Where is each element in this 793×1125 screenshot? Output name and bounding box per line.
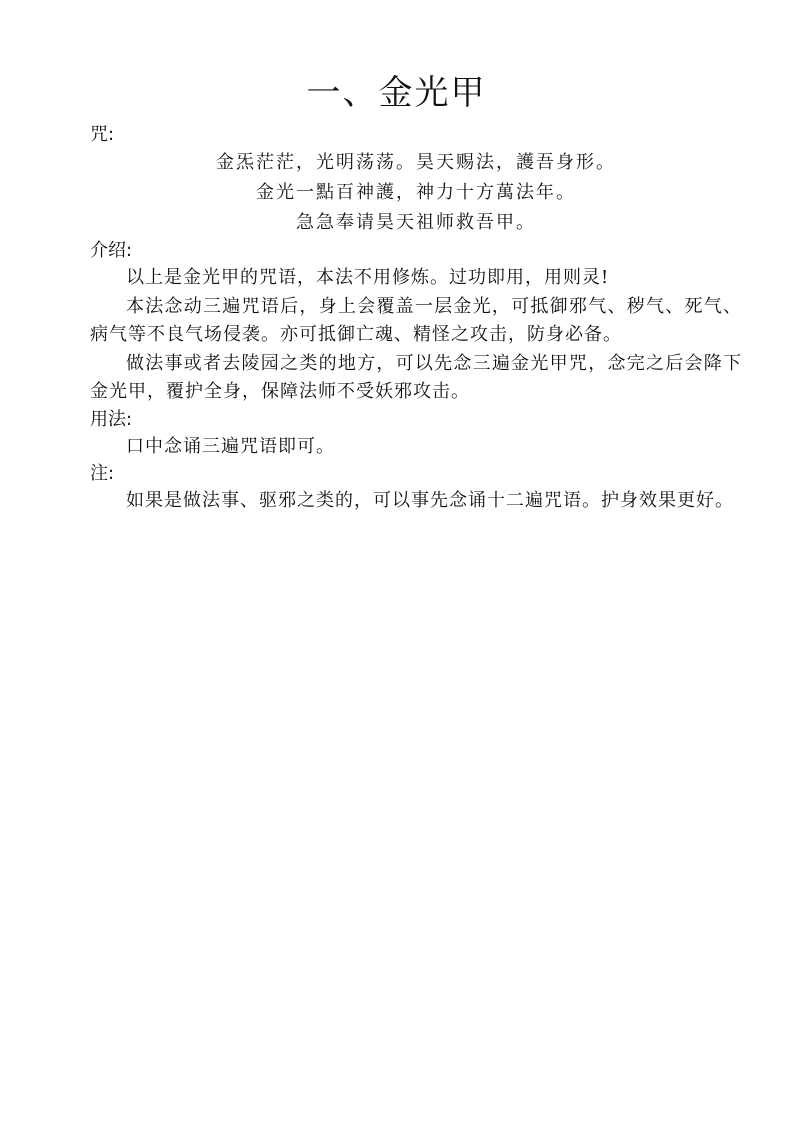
page-title: 一、金光甲 (0, 70, 793, 116)
document-body: 咒: 金炁茫茫，光明荡荡。昊天赐法，護吾身形。 金光一點百神護，神力十方萬法年。… (90, 122, 742, 516)
introduction-paragraph: 以上是金光甲的咒语，本法不用修炼。过功即用，用则灵! (90, 264, 742, 293)
incantation-line: 急急奉请昊天祖师救吾甲。 (90, 208, 742, 238)
note-label: 注: (90, 461, 742, 487)
introduction-paragraph: 本法念动三遍咒语后，身上会覆盖一层金光，可抵御邪气、秽气、死气、病气等不良气场侵… (90, 293, 742, 350)
usage-label: 用法: (90, 407, 742, 433)
incantation-block: 金炁茫茫，光明荡荡。昊天赐法，護吾身形。 金光一點百神護，神力十方萬法年。 急急… (90, 148, 742, 238)
introduction-paragraph: 做法事或者去陵园之类的地方，可以先念三遍金光甲咒，念完之后会降下金光甲，覆护全身… (90, 350, 742, 407)
introduction-label: 介绍: (90, 238, 742, 264)
usage-paragraph: 口中念诵三遍咒语即可。 (90, 433, 742, 462)
incantation-line: 金光一點百神護，神力十方萬法年。 (90, 178, 742, 208)
incantation-line: 金炁茫茫，光明荡荡。昊天赐法，護吾身形。 (90, 148, 742, 178)
incantation-label: 咒: (90, 122, 742, 148)
note-paragraph: 如果是做法事、驱邪之类的，可以事先念诵十二遍咒语。护身效果更好。 (90, 487, 742, 516)
